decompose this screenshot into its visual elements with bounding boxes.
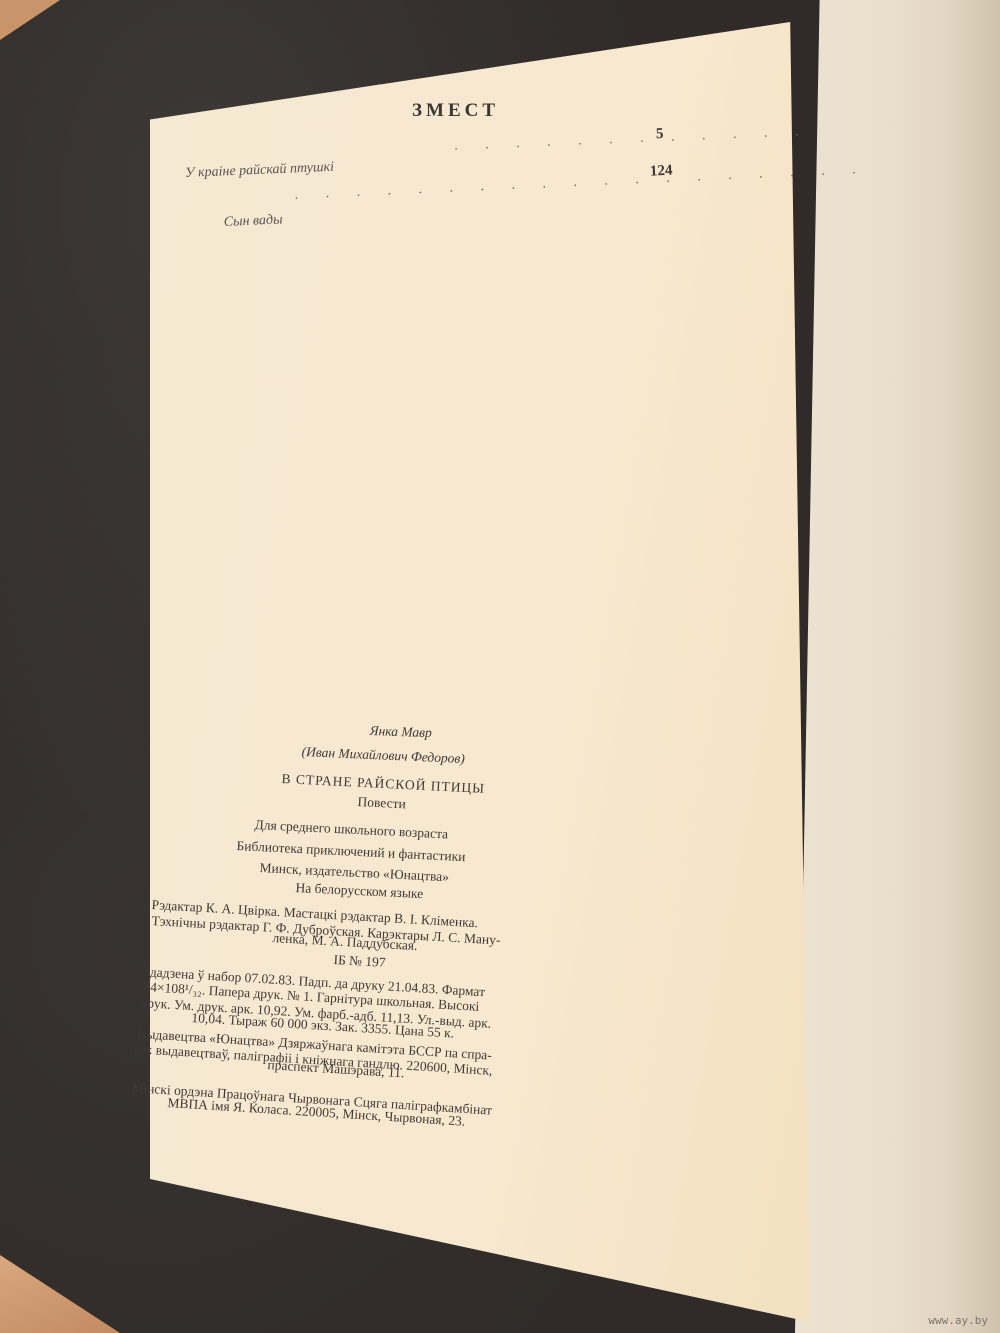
toc-entry-page: 124 [650,163,673,181]
imprint-genre: Повести [357,794,406,812]
imprint-author: Янка Мавр [369,723,432,741]
toc-entry-label: Сын вады [223,212,282,231]
toc-entry-page: 5 [656,126,664,143]
right-page-edge [795,0,1000,1333]
site-watermark: www.ay.by [928,1314,988,1327]
toc-title: ЗМЕСТ [412,100,499,122]
imprint-ib-number: ІБ № 197 [333,952,386,971]
